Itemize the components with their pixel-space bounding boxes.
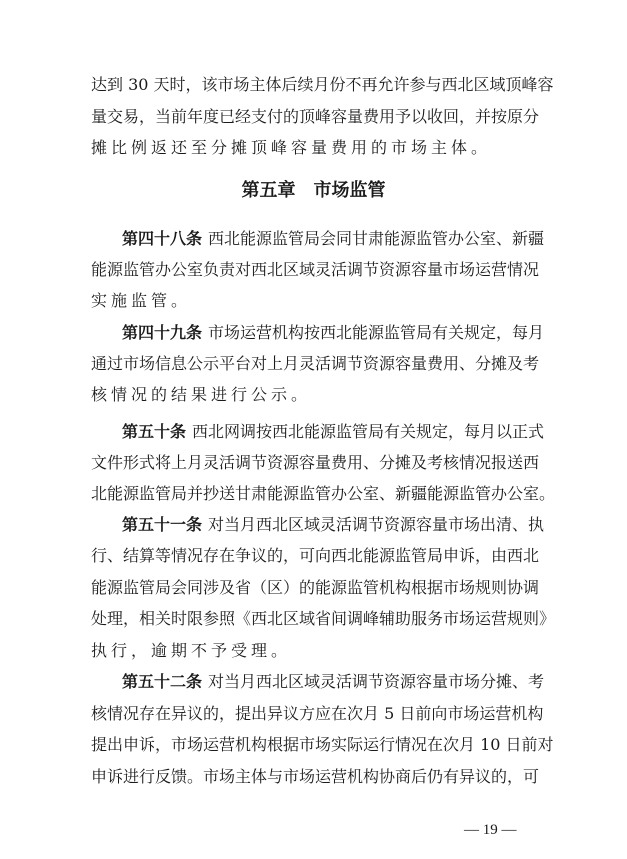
chapter-title: 市场监管 — [314, 180, 386, 201]
article-label: 第五十条 — [122, 422, 186, 441]
chapter-number: 第五章 — [242, 180, 296, 201]
paragraph-line: 核情况存在异议的，提出异议方应在次月 5 日前向市场运营机构 — [91, 702, 534, 726]
article-text: 市场运营机构按西北能源监管局有关规定，每月 — [208, 323, 544, 342]
article-label: 第四十九条 — [122, 323, 202, 342]
paragraph-line: 北能源监管局并抄送甘肃能源监管办公室、新疆能源监管办公室。 — [91, 482, 534, 506]
article-text: 对当月西北区域灵活调节资源容量市场分摊、考 — [208, 672, 544, 691]
article-label: 第四十八条 — [122, 229, 202, 248]
article-label: 第五十一条 — [122, 515, 202, 534]
paragraph-line: 提出申诉，市场运营机构根据市场实际运行情况在次月 10 日前对 — [91, 733, 534, 757]
article-label: 第五十二条 — [122, 672, 202, 691]
paragraph-line: 行、结算等情况存在争议的，可向西北能源监管局申诉，由西北 — [91, 544, 534, 568]
article-52-first-line: 第五十二条对当月西北区域灵活调节资源容量市场分摊、考 — [122, 670, 534, 694]
paragraph-line: 申诉进行反馈。市场主体与市场运营机构协商后仍有异议的，可 — [91, 765, 534, 789]
paragraph-line: 处理，相关时限参照《西北区域省间调峰辅助服务市场运营规则》 — [91, 607, 534, 631]
paragraph-line: 核情况的结果进行公示。 — [91, 383, 534, 407]
paragraph-line: 文件形式将上月灵活调节资源容量费用、分摊及考核情况报送西 — [91, 451, 534, 475]
paragraph-line: 能源监管局会同涉及省（区）的能源监管机构根据市场规则协调 — [91, 576, 534, 600]
paragraph-line: 执行，逾期不予受理。 — [91, 639, 534, 663]
article-49-first-line: 第四十九条市场运营机构按西北能源监管局有关规定，每月 — [122, 321, 534, 345]
paragraph-line: 实施监管。 — [91, 289, 534, 313]
paragraph-line: 能源监管办公室负责对西北区域灵活调节资源容量市场运营情况 — [91, 258, 534, 282]
article-50-first-line: 第五十条西北网调按西北能源监管局有关规定，每月以正式 — [122, 420, 534, 444]
chapter-heading: 第五章市场监管 — [0, 178, 627, 204]
paragraph-line: 通过市场信息公示平台对上月灵活调节资源容量费用、分摊及考 — [91, 352, 534, 376]
article-48-first-line: 第四十八条西北能源监管局会同甘肃能源监管办公室、新疆 — [122, 227, 534, 251]
paragraph-line: 达到 30 天时，该市场主体后续月份不再允许参与西北区域顶峰容 — [91, 73, 534, 97]
page-number: — 19 — — [464, 820, 517, 840]
paragraph-line: 量交易，当前年度已经支付的顶峰容量费用予以收回，并按原分 — [91, 105, 534, 129]
article-text: 对当月西北区域灵活调节资源容量市场出清、执 — [208, 515, 544, 534]
article-text: 西北能源监管局会同甘肃能源监管办公室、新疆 — [208, 229, 544, 248]
article-51-first-line: 第五十一条对当月西北区域灵活调节资源容量市场出清、执 — [122, 513, 534, 537]
article-text: 西北网调按西北能源监管局有关规定，每月以正式 — [192, 422, 544, 441]
document-page: 达到 30 天时，该市场主体后续月份不再允许参与西北区域顶峰容 量交易，当前年度… — [0, 0, 627, 859]
paragraph-line: 摊比例返还至分摊顶峰容量费用的市场主体。 — [91, 136, 534, 160]
